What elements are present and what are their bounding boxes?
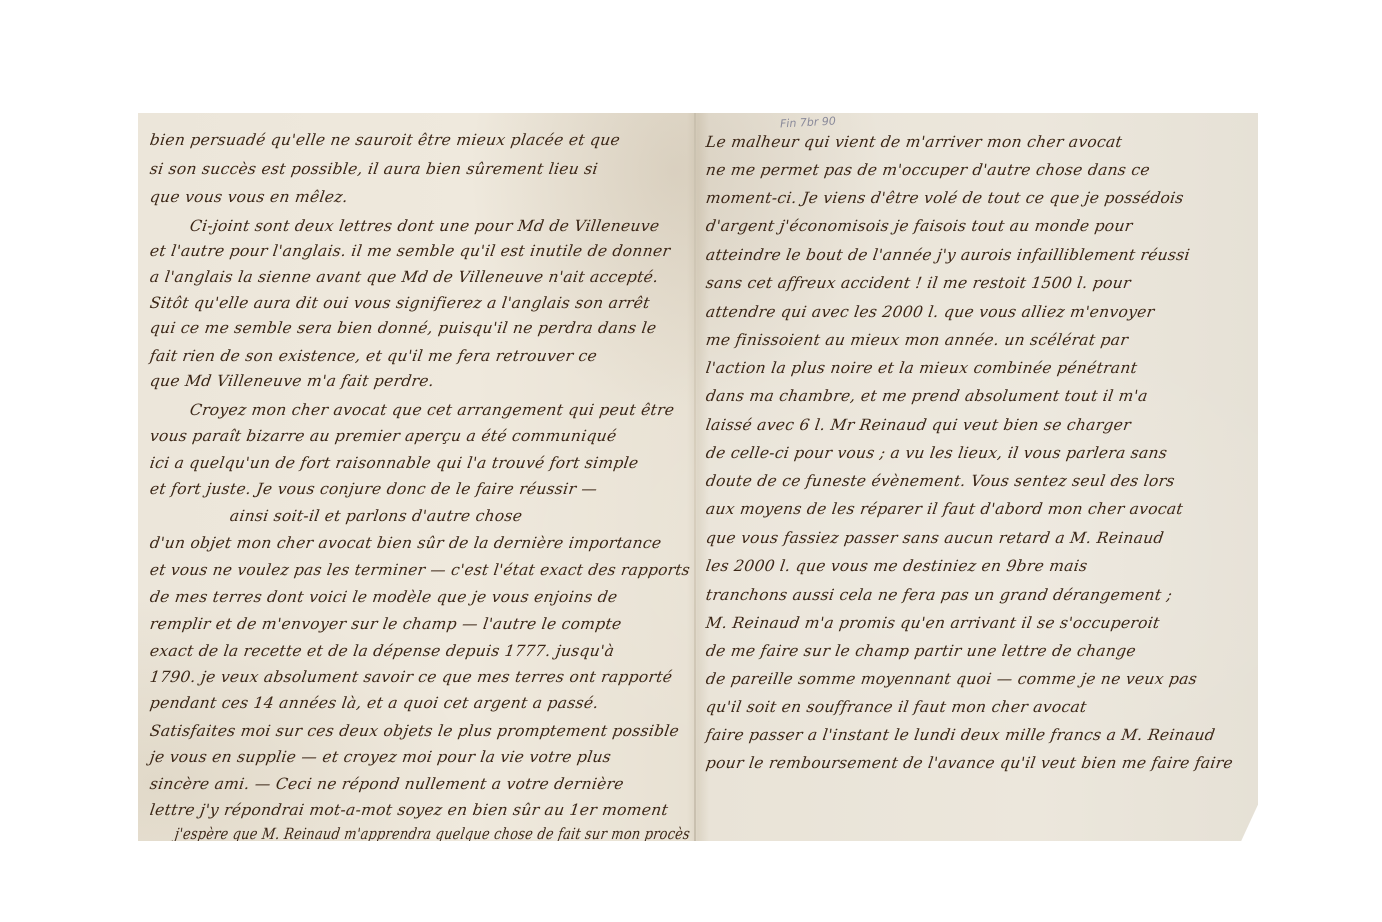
handwritten-line: d'un objet mon cher avocat bien sûr de l… <box>149 534 663 552</box>
handwritten-line: et l'autre pour l'anglais. il me semble … <box>149 242 672 260</box>
handwritten-line: tranchons aussi cela ne fera pas un gran… <box>705 586 1174 604</box>
handwritten-line: fait rien de son existence, et qu'il me … <box>149 347 599 365</box>
handwritten-line: qui ce me semble sera bien donné, puisqu… <box>149 319 658 337</box>
handwritten-line: lettre j'y répondrai mot-a-mot soyez en … <box>149 801 670 819</box>
handwritten-line: j'espère que M. Reinaud m'apprendra quel… <box>174 825 692 843</box>
handwritten-line: que vous fassiez passer sans aucun retar… <box>705 529 1165 547</box>
handwritten-line: pendant ces 14 années là, et a quoi cet … <box>149 694 600 712</box>
handwritten-line: faire passer a l'instant le lundi deux m… <box>705 726 1217 744</box>
handwritten-line: exact de la recette et de la dépense dep… <box>149 642 616 660</box>
handwritten-line: a l'anglais la sienne avant que Md de Vi… <box>149 268 660 286</box>
handwritten-line: Ci-joint sont deux lettres dont une pour… <box>189 217 661 235</box>
handwritten-line: dans ma chambre, et me prend absolument … <box>705 387 1149 405</box>
handwritten-line: M. Reinaud m'a promis qu'en arrivant il … <box>705 614 1161 632</box>
handwritten-line: si son succès est possible, il aura bien… <box>149 160 599 178</box>
handwritten-line: que Md Villeneuve m'a fait perdre. <box>149 372 436 390</box>
letter-sheet: bien persuadé qu'elle ne sauroit être mi… <box>138 113 1258 841</box>
handwritten-line: doute de ce funeste évènement. Vous sent… <box>705 472 1176 490</box>
handwritten-line: Sitôt qu'elle aura dit oui vous signifie… <box>149 294 651 312</box>
handwritten-line: attendre qui avec les 2000 l. que vous a… <box>705 303 1156 321</box>
left-page: bien persuadé qu'elle ne sauroit être mi… <box>150 131 690 831</box>
handwritten-line: les 2000 l. que vous me destiniez en 9br… <box>705 557 1089 575</box>
handwritten-line: l'action la plus noire et la mieux combi… <box>705 359 1139 377</box>
handwritten-line: Croyez mon cher avocat que cet arrangeme… <box>189 401 676 419</box>
handwritten-line: sincère ami. — Ceci ne répond nullement … <box>149 775 625 793</box>
handwritten-line: Satisfaites moi sur ces deux objets le p… <box>149 722 681 740</box>
handwritten-line: 1790. je veux absolument savoir ce que m… <box>149 668 674 686</box>
handwritten-line: et fort juste. Je vous conjure donc de l… <box>149 480 599 498</box>
handwritten-line: sans cet affreux accident ! il me restoi… <box>705 274 1132 292</box>
handwritten-line: atteindre le bout de l'année j'y aurois … <box>705 246 1191 264</box>
handwritten-line: de me faire sur le champ partir une lett… <box>705 642 1137 660</box>
handwritten-line: aux moyens de les réparer il faut d'abor… <box>705 500 1185 518</box>
handwritten-line: laissé avec 6 l. Mr Reinaud qui veut bie… <box>705 416 1132 434</box>
handwritten-line: d'argent j'économisois je faisois tout a… <box>705 217 1134 235</box>
handwritten-line: de pareille somme moyennant quoi — comme… <box>705 670 1199 688</box>
center-fold <box>694 113 696 841</box>
handwritten-line: et vous ne voulez pas les terminer — c'e… <box>149 561 692 579</box>
handwritten-line: qu'il soit en souffrance il faut mon che… <box>705 698 1088 716</box>
right-page: Le malheur qui vient de m'arriver mon ch… <box>706 131 1251 831</box>
handwritten-line: moment-ci. Je viens d'être volé de tout … <box>705 189 1185 207</box>
handwritten-line: bien persuadé qu'elle ne sauroit être mi… <box>149 131 622 149</box>
handwritten-line: vous paraît bizarre au premier aperçu a … <box>149 427 618 445</box>
handwritten-line: Le malheur qui vient de m'arriver mon ch… <box>705 133 1124 151</box>
handwritten-line: que vous vous en mêlez. <box>149 188 350 206</box>
handwritten-line: me finissoient au mieux mon année. un sc… <box>705 331 1130 349</box>
handwritten-line: de celle-ci pour vous ; a vu les lieux, … <box>705 444 1169 462</box>
handwritten-line: ici a quelqu'un de fort raisonnable qui … <box>149 454 640 472</box>
handwritten-line: ne me permet pas de m'occuper d'autre ch… <box>705 161 1151 179</box>
handwritten-line: je vous en supplie — et croyez moi pour … <box>149 748 613 766</box>
handwritten-line: avec Md de Sade ; je ne puis que me loue… <box>239 847 691 865</box>
handwritten-line: ainsi soit-il et parlons d'autre chose <box>229 507 524 525</box>
handwritten-line: de mes terres dont voici le modèle que j… <box>149 588 619 606</box>
handwritten-line: remplir et de m'envoyer sur le champ — l… <box>149 615 623 633</box>
handwritten-line: pour le remboursement de l'avance qu'il … <box>705 754 1234 772</box>
